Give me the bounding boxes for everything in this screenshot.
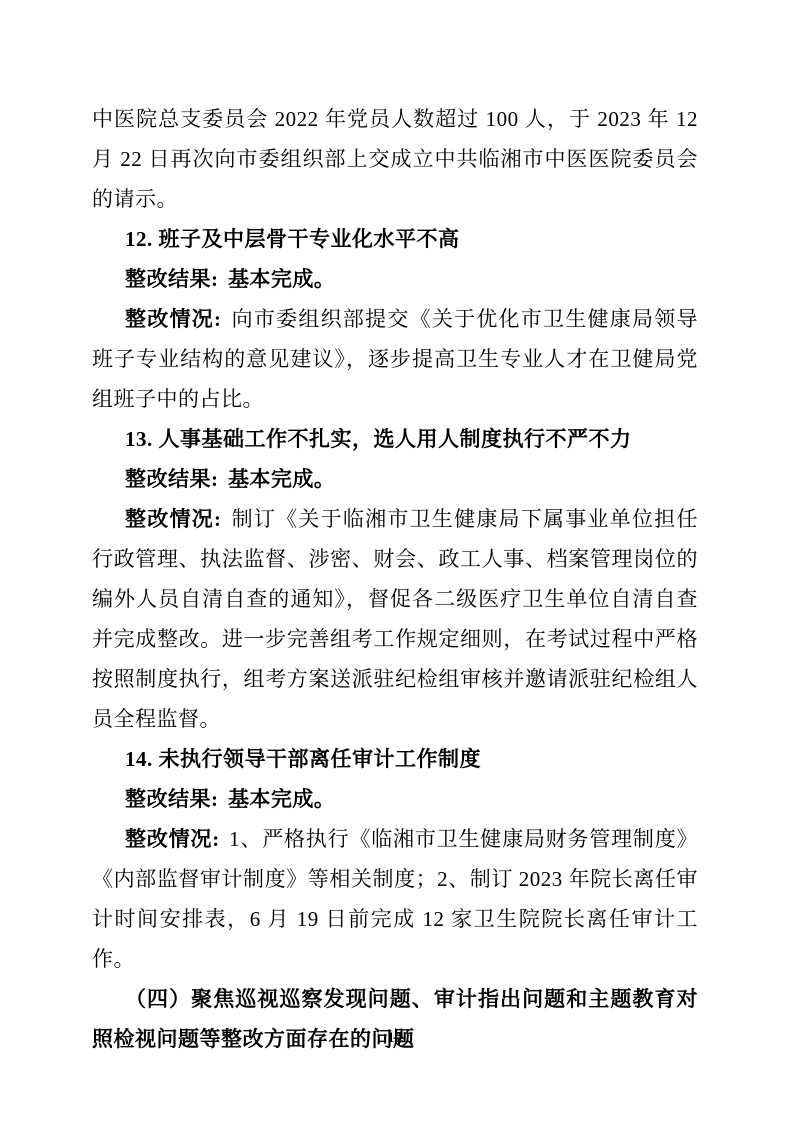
- paragraph-text: 基本完成。: [228, 267, 336, 291]
- paragraph-text: 中医院总支委员会 2022 年党员人数超过 100 人，于 2023 年 12 …: [92, 107, 698, 211]
- paragraph: 整改结果:基本完成。: [92, 459, 698, 499]
- paragraph-label: 整改结果:: [125, 787, 219, 811]
- paragraph: 14. 未执行领导干部离任审计工作制度: [92, 739, 698, 779]
- paragraph-label: 整改情况:: [125, 507, 221, 531]
- paragraph-label: 整改结果:: [125, 267, 219, 291]
- paragraph: 整改结果:基本完成。: [92, 259, 698, 299]
- document-page: 中医院总支委员会 2022 年党员人数超过 100 人，于 2023 年 12 …: [0, 0, 789, 1121]
- paragraph-label: 整改结果:: [125, 467, 219, 491]
- paragraph-label: 整改情况:: [125, 827, 220, 851]
- paragraph-text: 基本完成。: [228, 467, 336, 491]
- paragraph: 12. 班子及中层骨干专业化水平不高: [92, 219, 698, 259]
- paragraph-label: 整改情况:: [125, 307, 221, 331]
- paragraph: 整改结果:基本完成。: [92, 779, 698, 819]
- paragraph: 13. 人事基础工作不扎实，选人用人制度执行不严不力: [92, 419, 698, 459]
- paragraph-text: 基本完成。: [228, 787, 336, 811]
- paragraph: 中医院总支委员会 2022 年党员人数超过 100 人，于 2023 年 12 …: [92, 99, 698, 219]
- paragraph: 整改情况:制订《关于临湘市卫生健康局下属事业单位担任行政管理、执法监督、涉密、财…: [92, 499, 698, 739]
- paragraph: 整改情况:1、严格执行《临湘市卫生健康局财务管理制度》《内部监督审计制度》等相关…: [92, 819, 698, 979]
- paragraph-text: 14. 未执行领导干部离任审计工作制度: [125, 747, 481, 771]
- paragraph: 整改情况:向市委组织部提交《关于优化市卫生健康局领导班子专业结构的意见建议》，逐…: [92, 299, 698, 419]
- paragraph-text: 制订《关于临湘市卫生健康局下属事业单位担任行政管理、执法监督、涉密、财会、政工人…: [92, 507, 698, 731]
- paragraph-text: 12. 班子及中层骨干专业化水平不高: [125, 227, 460, 251]
- page-number: 10: [0, 1028, 789, 1048]
- document-body: 中医院总支委员会 2022 年党员人数超过 100 人，于 2023 年 12 …: [92, 99, 698, 1059]
- paragraph-text: 13. 人事基础工作不扎实，选人用人制度执行不严不力: [125, 427, 632, 451]
